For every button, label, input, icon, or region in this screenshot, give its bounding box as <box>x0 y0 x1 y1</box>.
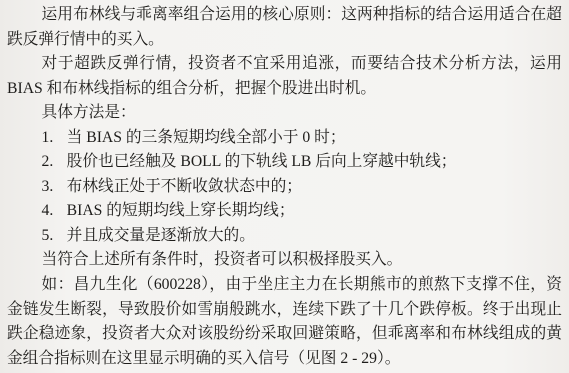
list-item-text: BIAS 的短期均线上穿长期均线； <box>67 202 295 219</box>
paragraph-conclusion: 当符合上述所有条件时，投资者可以积极择股买入。 <box>7 248 562 273</box>
list-item: 3.布林线正处于不断收敛状态中的； <box>7 175 562 200</box>
list-item-text: 布林线正处于不断收敛状态中的； <box>67 178 302 195</box>
list-item: 1.当 BIAS 的三条短期均线全部小于 0 时； <box>7 126 562 151</box>
list-item-text: 当 BIAS 的三条短期均线全部小于 0 时； <box>67 129 346 146</box>
scanned-document-page: 运用布林线与乖离率组合运用的核心原则：这两种指标的结合运用适合在超跌反弹行情中的… <box>0 0 569 373</box>
method-list: 1.当 BIAS 的三条短期均线全部小于 0 时； 2.股价也已经触及 BOLL… <box>7 126 562 249</box>
paragraph-method-label: 具体方法是： <box>7 101 562 126</box>
list-item-number: 3. <box>42 175 54 200</box>
list-item-number: 1. <box>42 126 54 151</box>
paragraph-example: 如：昌九生化（600228），由于坐庄主力在长期熊市的煎熬下支撑不住，资金链发生… <box>7 273 562 371</box>
list-item-number: 2. <box>42 150 54 175</box>
list-item: 4.BIAS 的短期均线上穿长期均线； <box>7 199 562 224</box>
list-item: 5.并且成交量是逐渐放大的。 <box>7 224 562 249</box>
list-item-text: 并且成交量是逐渐放大的。 <box>67 227 255 244</box>
list-item-number: 4. <box>42 199 54 224</box>
paragraph-core-principle: 运用布林线与乖离率组合运用的核心原则：这两种指标的结合运用适合在超跌反弹行情中的… <box>7 3 562 52</box>
list-item-text: 股价也已经触及 BOLL 的下轨线 LB 后向上穿越中轨线； <box>67 153 457 170</box>
list-item: 2.股价也已经触及 BOLL 的下轨线 LB 后向上穿越中轨线； <box>7 150 562 175</box>
list-item-number: 5. <box>42 224 54 249</box>
paragraph-approach: 对于超跌反弹行情，投资者不宜采用追涨，而要结合技术分析方法，运用 BIAS 和布… <box>7 52 562 101</box>
